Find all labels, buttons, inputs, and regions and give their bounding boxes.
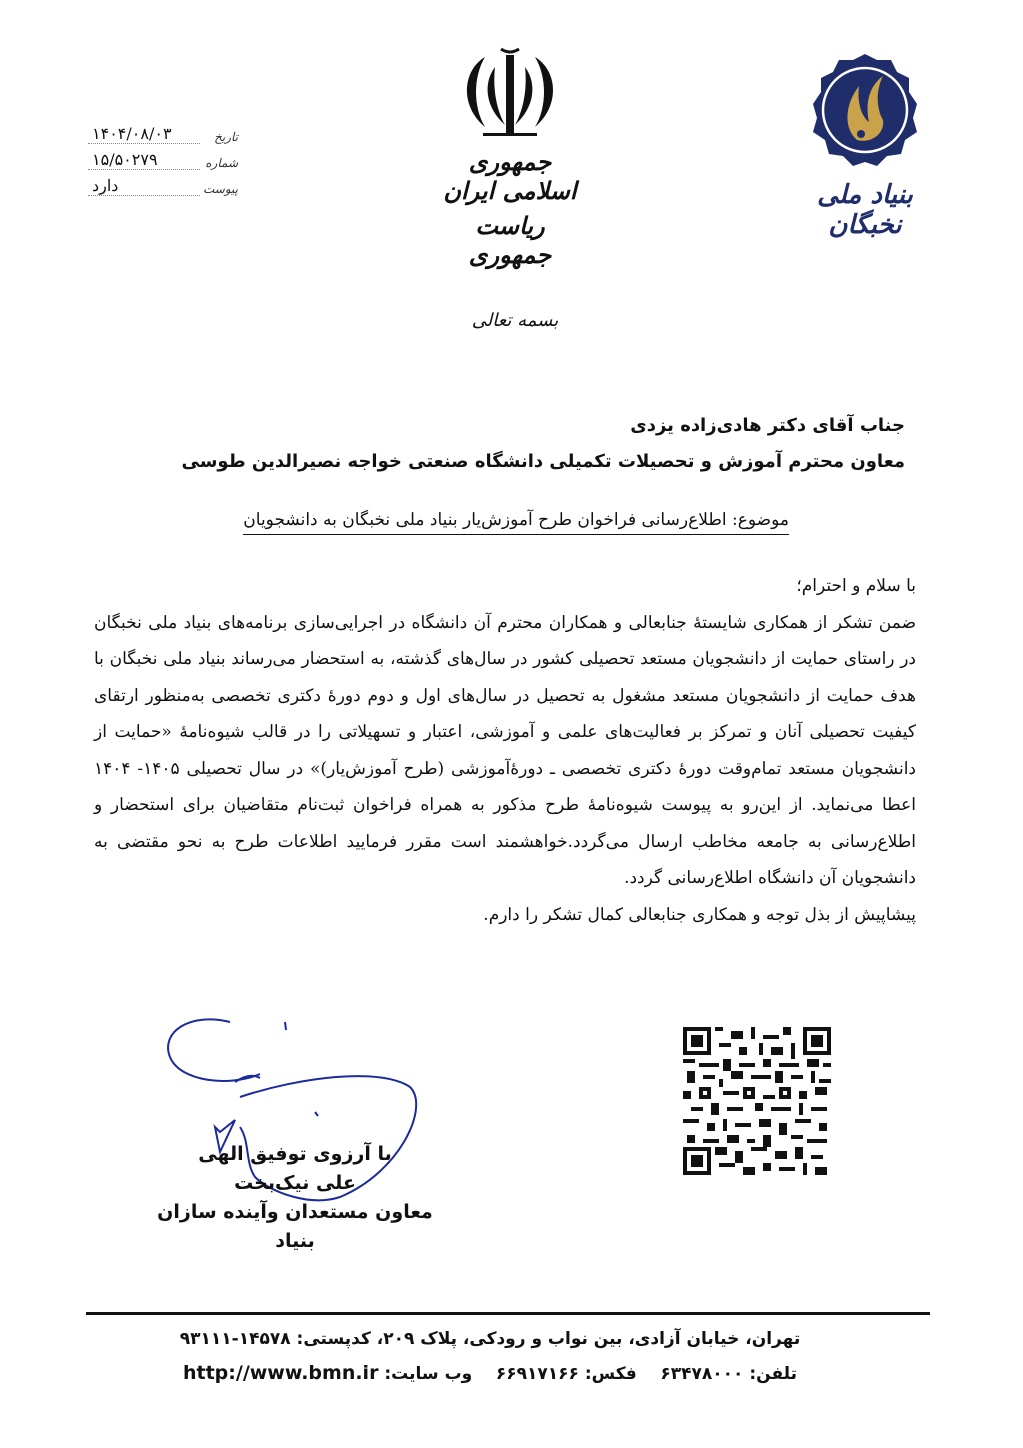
phone-number: ۶۳۴۷۸۰۰۰ [660,1364,743,1384]
signer-title: معاون مستعدان وآینده سازان بنیاد [150,1198,440,1256]
fax-label: فکس: [585,1364,637,1384]
footer-address: تهران، خیابان آزادی، بین نواب و رودکی، پ… [150,1322,830,1356]
subject-line: موضوع: اطلاع‌رسانی فراخوان طرح آموزش‌یار… [243,510,789,535]
emblem-line-1: جمهوری اسلامی ایران [440,147,580,205]
footer-contacts: تلفن: ۶۳۴۷۸۰۰۰ فکس: ۶۶۹۱۷۱۶۶ وب سایت: ht… [150,1356,830,1391]
letter-meta: تاریخ ۱۴۰۴/۰۸/۰۳ شماره ۱۵/۵۰۲۷۹ پیوست دا… [88,118,238,196]
closing-line: پیشاپیش از بذل توجه و همکاری جنابعالی کم… [94,897,916,934]
salutation: با سلام و احترام؛ [94,568,916,605]
foundation-name: بنیاد ملی نخبگان [800,180,930,240]
number-value: ۱۵/۵۰۲۷۹ [88,150,200,170]
letter-body: با سلام و احترام؛ ضمن تشکر از همکاری شای… [94,568,916,933]
qr-code-icon [683,1027,831,1175]
footer-divider [86,1312,930,1315]
addressee-name: جناب آقای دکتر هادی‌زاده یزدی [105,408,905,444]
foundation-logo: بنیاد ملی نخبگان [800,50,930,240]
bismillah: بسمه تعالی [440,310,590,331]
iran-emblem: جمهوری اسلامی ایران ریاست جمهوری [440,45,580,269]
attachment-row: پیوست دارد [88,170,238,196]
attachment-value: دارد [88,176,200,196]
website-link[interactable]: http://www.bmn.ir [183,1362,378,1384]
phone-label: تلفن: [749,1364,797,1384]
number-row: شماره ۱۵/۵۰۲۷۹ [88,144,238,170]
fax-number: ۶۶۹۱۷۱۶۶ [496,1364,579,1384]
addressee-title: معاون محترم آموزش و تحصیلات تکمیلی دانشگ… [105,444,905,480]
attachment-label: پیوست [200,182,238,196]
number-label: شماره [200,156,238,170]
addressee: جناب آقای دکتر هادی‌زاده یزدی معاون محتر… [105,408,905,480]
date-label: تاریخ [200,130,238,144]
signer-name: علی نیک‌بخت [150,1169,440,1198]
date-row: تاریخ ۱۴۰۴/۰۸/۰۳ [88,118,238,144]
foundation-logo-icon [800,50,930,170]
footer: تهران، خیابان آزادی، بین نواب و رودکی، پ… [150,1322,830,1391]
signature-block: با آرزوی توفیق الهی علی نیک‌بخت معاون مس… [150,1140,440,1256]
date-value: ۱۴۰۴/۰۸/۰۳ [88,124,200,144]
closing-wish: با آرزوی توفیق الهی [150,1140,440,1169]
website-label: وب سایت: [384,1364,472,1384]
emblem-line-2: ریاست جمهوری [440,211,580,269]
body-paragraph: ضمن تشکر از همکاری شایستهٔ جنابعالی و هم… [94,605,916,897]
iran-emblem-icon [455,45,565,145]
